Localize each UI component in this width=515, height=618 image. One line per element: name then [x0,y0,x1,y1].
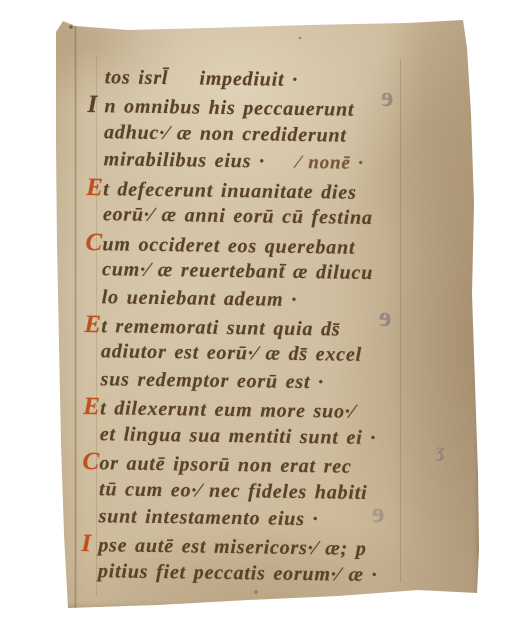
manuscript-leaf: tos isrl̄ impediuit · In omnibus his pec… [48,14,484,614]
fold-crease [74,14,77,614]
line-text: adhuc·⁄ æ non crediderunt [104,121,347,146]
line-text: tū cum eo·⁄ nec fideles habiti [99,478,368,504]
versal-initial: I [87,91,104,119]
line-text: t rememorati sunt quia ds̄ [101,315,340,340]
versal-initial: C [82,448,99,476]
line-text: pitius fiet peccatis eorum·⁄ æ · [98,560,378,586]
versal-initial: E [84,311,101,339]
manuscript-line: pitius fiet peccatis eorum·⁄ æ · [81,558,453,591]
line-text: pse autē est misericors·⁄ æ; p [98,535,367,561]
line-text: sus redemptor eorū est · [100,368,324,393]
showthrough-mark: ɘ [381,84,393,112]
rubric-none: ⁄ nonē · [297,152,364,174]
photo-background: tos isrl̄ impediuit · In omnibus his pec… [0,0,515,618]
line-text: et lingua sua mentiti sunt ei · [100,423,377,449]
versal-initial: C [85,229,102,257]
line-text: tos isrl̄ impediuit · [105,66,298,91]
showthrough-mark: ɘ [372,500,384,528]
line-text: or autē ipsorū non erat rec [99,452,351,478]
showthrough-mark: ɘ [379,304,391,332]
line-text: sunt intestamento eius · [99,505,319,530]
versal-initial: E [83,393,100,421]
versal-initial: I [81,530,98,558]
line-text: um occideret eos querebant [102,233,355,259]
text-block: tos isrl̄ impediuit · In omnibus his pec… [81,64,460,590]
line-text: cum·⁄ æ reuertebant̄ æ dilucu [102,258,373,284]
line-text: t dilexerunt eum more suo·⁄ [100,397,355,423]
line-text: adiutor est eorū·⁄ æ ds̄ excel [101,341,362,367]
versal-initial: E [86,174,103,202]
line-text: lo ueniebant adeum · [102,286,298,311]
line-text: mirabilibus eius · [104,149,266,173]
line-text: eorū·⁄ æ anni eorū cū festina [103,203,373,229]
line-text: n omnibus his peccauerunt [104,96,354,121]
line-text: t defecerunt inuanitate dies [103,178,357,204]
